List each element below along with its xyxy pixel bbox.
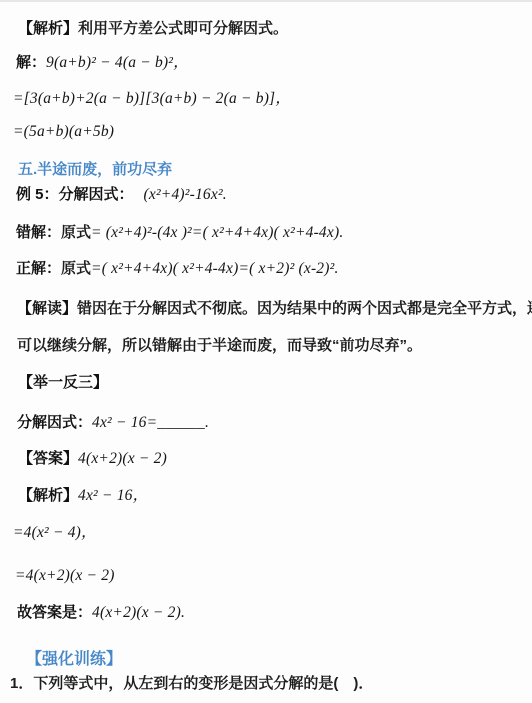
factor-label: 分解因式： (17, 414, 92, 431)
line-text: 利用平方差公式即可分解因式。 (78, 20, 288, 37)
answer-line: 【答案】4(x+2)(x − 2) (18, 448, 167, 469)
example-5-problem: 例 5：分解因式：(x²+4)²-16x². (16, 184, 227, 205)
interpretation-line-2: 可以继续分解，所以错解由于半途而废，而导致“前功尽弃”。 (17, 335, 422, 356)
section-heading-five: 五.半途而废，前功尽弃 (18, 158, 172, 179)
wrong-solution-line: 错解：原式= (x²+4)²-(4x )²=( x²+4+4x)( x²+4-4… (16, 222, 343, 243)
answer-label: 【答案】 (18, 450, 78, 467)
line-math: 4(x+2)(x − 2) (78, 450, 167, 467)
worksheet-page: 【解析】利用平方差公式即可分解因式。 解：9(a+b)² − 4(a − b)²… (0, 0, 532, 703)
line-math: =[3(a+b)+2(a − b)][3(a+b) − 2(a − b)]， (13, 90, 291, 107)
analysis-label: 【解析】 (18, 487, 78, 504)
solution-line-1: 解：9(a+b)² − 4(a − b)²， (16, 52, 189, 73)
example-label: 例 5：分解因式： (16, 186, 134, 203)
line-math: 4(x+2)(x − 2). (92, 604, 185, 621)
line-text: 原式 (61, 224, 91, 241)
practice-problem-line: 分解因式：4x² − 16=______. (17, 412, 209, 433)
analysis-note-line: 【解析】利用平方差公式即可分解因式。 (18, 18, 288, 39)
correct-solution-line: 正解：原式=( x²+4+4x)( x²+4-4x)=( x+2)² (x-2)… (16, 258, 339, 279)
solution-line-2: =[3(a+b)+2(a − b)][3(a+b) − 2(a − b)]， (13, 88, 291, 109)
wrong-label: 错解： (16, 224, 61, 241)
line-math: = (x²+4)²-(4x )²=( x²+4+4x)( x²+4-4x). (91, 224, 343, 241)
line-text: 错因在于分解因式不彻底。因为结果中的两个因式都是完全平方式，还 (77, 300, 532, 317)
line-math: 4x² − 16， (78, 487, 148, 504)
line-math: =( x²+4+4x)( x²+4-4x)=( x+2)² (x-2)². (91, 260, 339, 277)
analysis-step-2: =4(x+2)(x − 2) (15, 565, 115, 586)
interpretation-label: 【解读】 (17, 300, 77, 317)
solve-label: 解： (16, 54, 46, 71)
line-math: 9(a+b)² − 4(a − b)²， (46, 54, 189, 71)
solution-line-3: =(5a+b)(a+5b) (13, 121, 114, 142)
section-label: 【解析】 (18, 20, 78, 37)
analysis-step-1: =4(x² − 4)， (13, 522, 97, 543)
line-text: 可以继续分解，所以错解由于半途而废，而导致“前功尽弃”。 (17, 337, 422, 354)
line-math: 4x² − 16=______. (92, 414, 209, 431)
correct-label: 正解： (16, 260, 61, 277)
line-text: 1．下列等式中，从左到右的变形是因式分解的是( )． (10, 675, 373, 692)
interpretation-line-1: 【解读】错因在于分解因式不彻底。因为结果中的两个因式都是完全平方式，还 (17, 298, 532, 319)
line-math: (x²+4)²-16x². (144, 186, 227, 203)
inference-label: 【举一反三】 (18, 374, 108, 391)
question-1: 1．下列等式中，从左到右的变形是因式分解的是( )． (10, 673, 373, 694)
line-math: =4(x² − 4)， (13, 524, 97, 541)
training-section-heading: 【强化训练】 (26, 646, 122, 669)
line-math: =4(x+2)(x − 2) (15, 567, 115, 584)
inference-header: 【举一反三】 (18, 372, 108, 393)
line-math: =(5a+b)(a+5b) (13, 123, 114, 140)
analysis-line-2: 【解析】4x² − 16， (18, 485, 148, 506)
line-text: 原式 (61, 260, 91, 277)
final-answer-label: 故答案是： (17, 604, 92, 621)
final-answer-line: 故答案是：4(x+2)(x − 2). (17, 602, 185, 623)
